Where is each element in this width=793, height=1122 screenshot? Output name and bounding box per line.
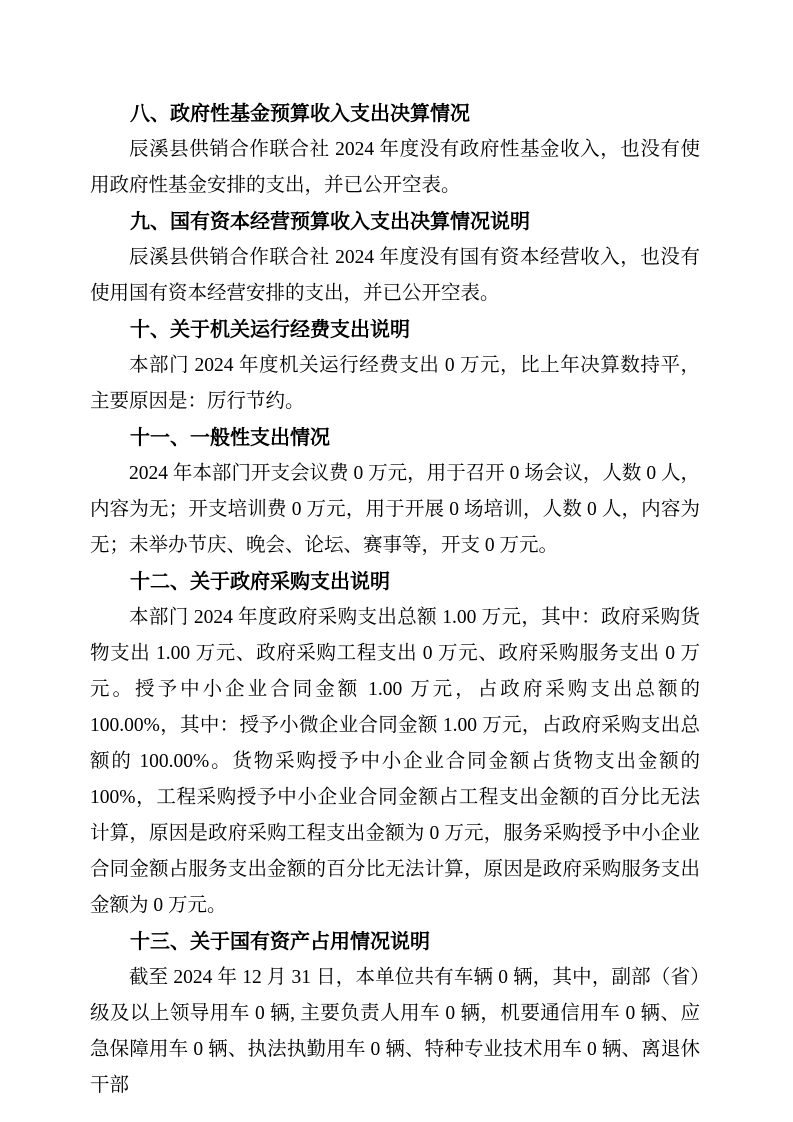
section-government-procurement: 十二、关于政府采购支出说明 本部门 2024 年度政府采购支出总额 1.00 万… — [90, 564, 700, 924]
section-state-assets-heading: 十三、关于国有资产占用情况说明 — [90, 924, 700, 960]
section-general-expenditure: 十一、一般性支出情况 2024 年本部门开支会议费 0 万元，用于召开 0 场会… — [90, 420, 700, 564]
section-government-funds-heading: 八、政府性基金预算收入支出决算情况 — [90, 96, 700, 132]
section-government-funds: 八、政府性基金预算收入支出决算情况 辰溪县供销合作联合社 2024 年度没有政府… — [90, 96, 700, 204]
section-state-assets: 十三、关于国有资产占用情况说明 截至 2024 年 12 月 31 日，本单位共… — [90, 924, 700, 1104]
section-agency-operating-expense: 十、关于机关运行经费支出说明 本部门 2024 年度机关运行经费支出 0 万元，… — [90, 312, 700, 420]
section-agency-operating-expense-paragraph: 本部门 2024 年度机关运行经费支出 0 万元，比上年决算数持平，主要原因是：… — [90, 348, 700, 420]
document-page: 八、政府性基金预算收入支出决算情况 辰溪县供销合作联合社 2024 年度没有政府… — [0, 0, 793, 1122]
section-state-capital: 九、国有资本经营预算收入支出决算情况说明 辰溪县供销合作联合社 2024 年度没… — [90, 204, 700, 312]
section-state-capital-paragraph: 辰溪县供销合作联合社 2024 年度没有国有资本经营收入，也没有使用国有资本经营… — [90, 240, 700, 312]
section-government-funds-paragraph: 辰溪县供销合作联合社 2024 年度没有政府性基金收入，也没有使用政府性基金安排… — [90, 132, 700, 204]
section-state-capital-heading: 九、国有资本经营预算收入支出决算情况说明 — [90, 204, 700, 240]
section-state-assets-paragraph: 截至 2024 年 12 月 31 日，本单位共有车辆 0 辆，其中，副部（省）… — [90, 960, 700, 1104]
section-government-procurement-heading: 十二、关于政府采购支出说明 — [90, 564, 700, 600]
section-government-procurement-paragraph: 本部门 2024 年度政府采购支出总额 1.00 万元，其中：政府采购货物支出 … — [90, 600, 700, 924]
section-general-expenditure-heading: 十一、一般性支出情况 — [90, 420, 700, 456]
section-general-expenditure-paragraph: 2024 年本部门开支会议费 0 万元，用于召开 0 场会议，人数 0 人，内容… — [90, 456, 700, 564]
section-agency-operating-expense-heading: 十、关于机关运行经费支出说明 — [90, 312, 700, 348]
